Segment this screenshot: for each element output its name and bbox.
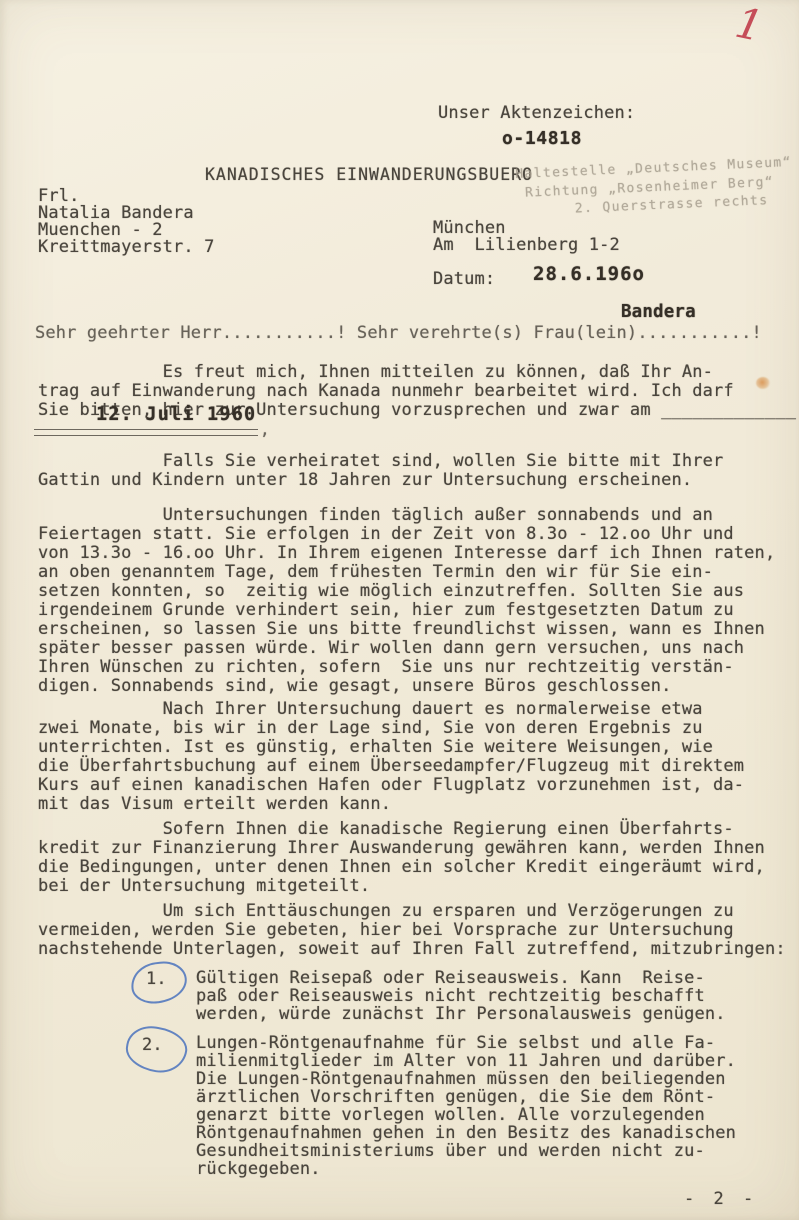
item-text: Gültigen Reisepaß oder Reiseausweis. Kan… [196,969,726,1023]
paragraph-4: Nach Ihrer Untersuchung dauert es normal… [38,700,744,814]
page-number: - 2 - [684,1190,758,1209]
date-value: 28.6.196o [533,265,645,284]
transit-directions-stamp: Haltestelle „Deutsches Museum“ Richtung … [515,154,794,222]
stray-mark: , [260,420,270,439]
paragraph-6: Um sich Enttäuschungen zu ersparen und V… [38,902,786,959]
reference-number: o-14818 [502,129,582,148]
appointment-date-fill: 12. Juli 1960 [96,405,256,424]
paragraph-3: Untersuchungen finden täglich außer sonn… [38,506,775,696]
scanned-letter-page: 1 Unser Aktenzeichen: o-14818 KANADISCHE… [0,0,799,1220]
item-text: Lungen-Röntgenaufnahme für Sie selbst un… [196,1034,736,1178]
item-number: 1. [146,970,167,989]
item-number: 2. [142,1036,163,1055]
paragraph-5: Sofern Ihnen die kanadische Regierung ei… [38,820,765,896]
paragraph-2: Falls Sie verheiratet sind, wollen Sie b… [38,452,723,490]
fill-in-underline [34,429,258,436]
handwritten-red-number: 1 [731,0,767,51]
salutation-line: Sehr geehrter Herr...........! Sehr vere… [35,324,762,343]
office-street: Am Lilienberg 1-2 [433,236,620,255]
office-name: KANADISCHES EINWANDERUNGSBUERO [205,165,533,184]
reference-label: Unser Aktenzeichen: [438,104,635,123]
recipient-street: Kreittmayerstr. 7 [38,238,215,257]
overtyped-surname: Bandera [621,303,696,322]
date-label: Datum: [433,270,495,289]
red-ink-dot [756,377,770,389]
